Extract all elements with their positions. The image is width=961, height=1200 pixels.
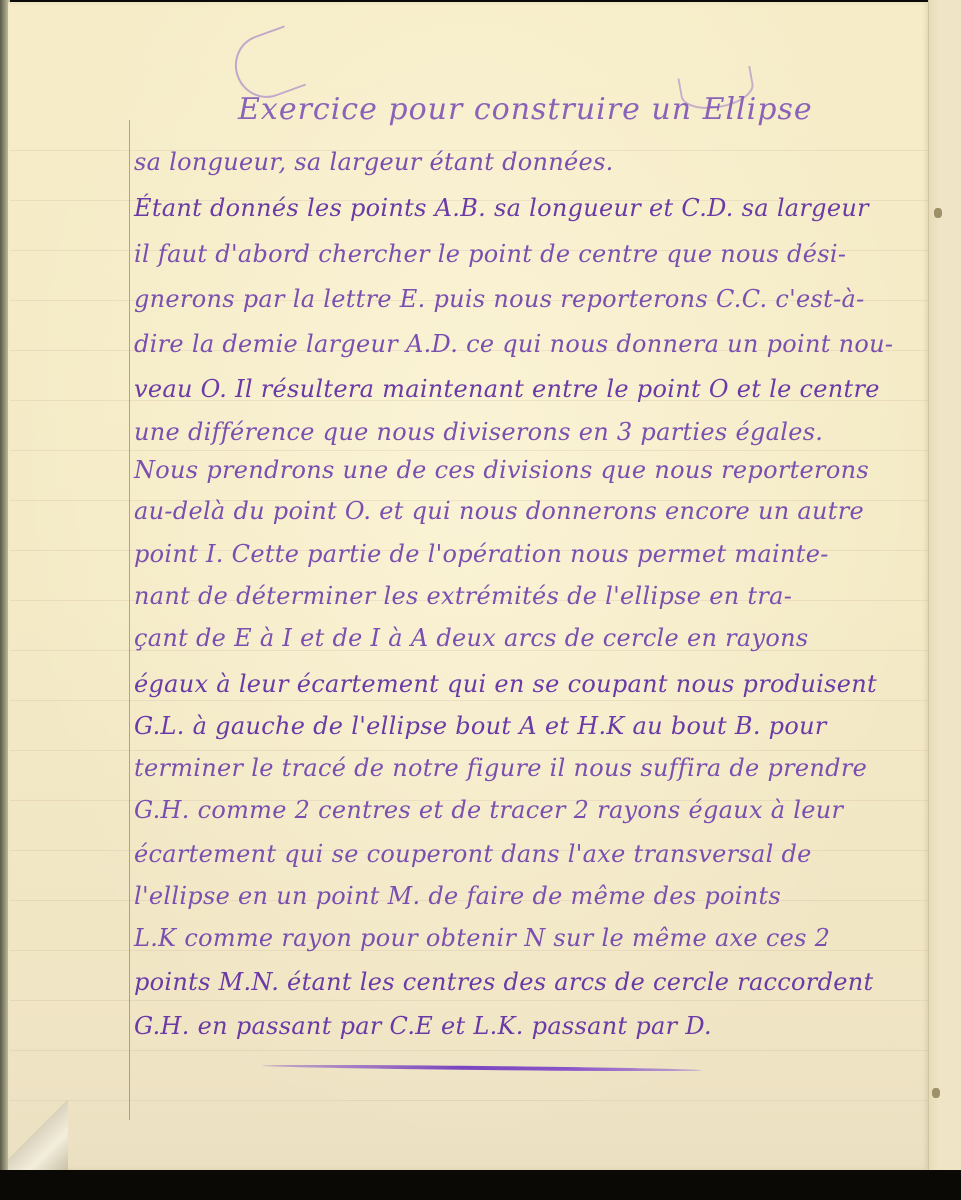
text-line: Étant donnés les points A.B. sa longueur… xyxy=(134,194,869,222)
text-line: çant de E à I et de I à A deux arcs de c… xyxy=(134,624,809,652)
text-line: terminer le tracé de notre figure il nou… xyxy=(134,754,867,782)
ruled-line xyxy=(10,700,928,701)
text-line: au-delà du point O. et qui nous donneron… xyxy=(134,497,864,525)
text-line: L.K comme rayon pour obtenir N sur le mê… xyxy=(134,924,830,952)
text-line: une différence que nous diviserons en 3 … xyxy=(134,418,823,446)
text-line: sa longueur, sa largeur étant données. xyxy=(134,148,614,176)
document-scan: Exercice pour construire un Ellipse sa l… xyxy=(0,0,961,1200)
text-line: veau O. Il résultera maintenant entre le… xyxy=(134,375,880,403)
text-line: point I. Cette partie de l'opération nou… xyxy=(134,540,829,568)
text-line: l'ellipse en un point M. de faire de mêm… xyxy=(134,882,781,910)
ruled-line xyxy=(10,450,928,451)
text-line: il faut d'abord chercher le point de cen… xyxy=(134,240,846,268)
text-line: dire la demie largeur A.D. ce qui nous d… xyxy=(134,330,893,358)
page-right-edge xyxy=(928,0,961,1174)
document-title: Exercice pour construire un Ellipse xyxy=(238,92,813,127)
text-line: Nous prendrons une de ces divisions que … xyxy=(134,456,869,484)
binding-mark xyxy=(932,1088,940,1098)
text-line: nant de déterminer les extrémités de l'e… xyxy=(134,582,792,610)
text-line: G.L. à gauche de l'ellipse bout A et H.K… xyxy=(134,712,827,740)
ruled-line xyxy=(10,750,928,751)
text-line: G.H. en passant par C.E et L.K. passant … xyxy=(134,1012,712,1040)
ruled-line xyxy=(10,1050,928,1051)
text-line: gnerons par la lettre E. puis nous repor… xyxy=(134,285,865,313)
page-corner-fold xyxy=(8,1100,68,1170)
text-line: écartement qui se couperont dans l'axe t… xyxy=(134,840,812,868)
ruled-line xyxy=(10,1000,928,1001)
text-line: égaux à leur écartement qui en se coupan… xyxy=(134,670,877,698)
text-line: G.H. comme 2 centres et de tracer 2 rayo… xyxy=(134,796,843,824)
binding-mark xyxy=(934,208,942,218)
scan-border xyxy=(0,1170,961,1200)
text-line: points M.N. étant les centres des arcs d… xyxy=(134,968,873,996)
margin-rule xyxy=(129,120,130,1120)
ruled-line xyxy=(10,1100,928,1101)
